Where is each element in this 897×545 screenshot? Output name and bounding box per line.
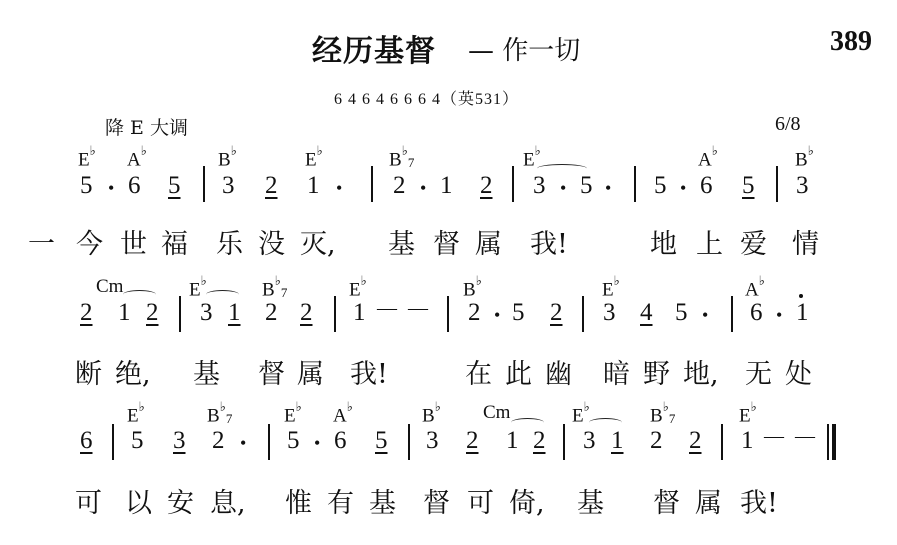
note: 5 (375, 427, 388, 455)
chord-symbol: E♭ (349, 276, 367, 301)
note: 2 (468, 299, 481, 327)
note: 3 (796, 172, 809, 200)
note: 3 (173, 427, 186, 455)
bar-line (203, 166, 205, 202)
note: 1 (741, 427, 754, 455)
bar-line (582, 296, 584, 332)
note: 2 (212, 427, 225, 455)
note: 5 (580, 172, 593, 200)
bar-line (731, 296, 733, 332)
dot: • (605, 178, 611, 199)
chord-symbol: E♭ (127, 402, 145, 427)
note: 3 (603, 299, 616, 327)
note: 1 (228, 299, 241, 327)
note: 1 (353, 299, 366, 327)
chord-symbol: E♭ (602, 276, 620, 301)
chord-symbol: E♭ (572, 402, 590, 427)
dot: • (560, 178, 566, 199)
chord-symbol: E♭ (189, 276, 207, 301)
note: 1 (307, 172, 320, 200)
note: 3 (200, 299, 213, 327)
chord-symbol: E♭ (284, 402, 302, 427)
note: 2 (550, 299, 563, 327)
note: 5 (654, 172, 667, 200)
dot: • (336, 178, 342, 199)
time-signature: 6/8 (775, 113, 801, 136)
bar-line (371, 166, 373, 202)
note: 6 (750, 299, 763, 327)
note: 5 (512, 299, 525, 327)
chord-symbol: B♭7 (650, 402, 675, 427)
chord-symbol: A♭ (333, 402, 353, 427)
note: 5 (742, 172, 755, 200)
chord-symbol: Cm (483, 402, 510, 424)
tie (589, 418, 622, 427)
final-bar-thin (827, 424, 829, 460)
chord-symbol: Cm (96, 276, 123, 298)
note: 4 (640, 299, 653, 327)
meter-line: 6 4 6 4 6 6 6 4（英531） (334, 86, 519, 109)
note: 2 (650, 427, 663, 455)
bar-line (563, 424, 565, 460)
bar-line (268, 424, 270, 460)
dot: • (702, 305, 708, 326)
dot: • (776, 305, 782, 326)
note: 6 (700, 172, 713, 200)
bar-line (408, 424, 410, 460)
chord-symbol: B♭ (218, 146, 237, 171)
dot: • (108, 178, 114, 199)
chord-symbol: B♭7 (207, 402, 232, 427)
note: 2 (300, 299, 313, 327)
note: 2 (393, 172, 406, 200)
bar-line (334, 296, 336, 332)
note: 2 (533, 427, 546, 455)
bar-line (634, 166, 636, 202)
note: 2 (466, 427, 479, 455)
dot: • (314, 433, 320, 454)
dot: • (680, 178, 686, 199)
chord-symbol: B♭ (795, 146, 814, 171)
chord-symbol: B♭7 (262, 276, 287, 301)
dot: • (494, 305, 500, 326)
chord-symbol: E♭ (739, 402, 757, 427)
note: 5 (168, 172, 181, 200)
tie (511, 418, 544, 427)
chord-symbol: A♭ (745, 276, 765, 301)
note: 1 (611, 427, 624, 455)
hymn-title: 经历基督 (312, 26, 436, 70)
chord-symbol: E♭ (78, 146, 96, 171)
dash: — (795, 425, 815, 448)
note: 3 (533, 172, 546, 200)
chord-symbol: A♭ (698, 146, 718, 171)
chord-symbol: B♭ (463, 276, 482, 301)
chord-symbol: A♭ (127, 146, 147, 171)
dash: — (377, 297, 397, 320)
note: 3 (222, 172, 235, 200)
note: 2 (80, 299, 93, 327)
tie (123, 290, 156, 299)
bar-line (112, 424, 114, 460)
dash: — (764, 425, 784, 448)
chord-symbol: B♭ (422, 402, 441, 427)
hymn-number: 389 (830, 26, 872, 58)
note: 3 (426, 427, 439, 455)
note: 6 (334, 427, 347, 455)
tie (206, 290, 239, 299)
note: 2 (146, 299, 159, 327)
octave-dot (799, 294, 803, 298)
bar-line (512, 166, 514, 202)
note: 5 (287, 427, 300, 455)
note: 1 (440, 172, 453, 200)
final-bar-thick (832, 424, 836, 460)
note: 2 (480, 172, 493, 200)
bar-line (447, 296, 449, 332)
bar-line (179, 296, 181, 332)
key-signature: 降 E 大调 (105, 113, 188, 140)
bar-line (776, 166, 778, 202)
hymn-subtitle: — 作一切 (468, 30, 580, 67)
dot: • (420, 178, 426, 199)
note: 2 (265, 299, 278, 327)
note: 1 (118, 299, 131, 327)
note: 3 (583, 427, 596, 455)
chord-symbol: E♭ (305, 146, 323, 171)
note: 6 (128, 172, 141, 200)
dash: — (408, 297, 428, 320)
note: 5 (675, 299, 688, 327)
note: 2 (265, 172, 278, 200)
note: 5 (131, 427, 144, 455)
note: 6 (80, 427, 93, 455)
chord-symbol: B♭7 (389, 146, 414, 171)
note: 2 (689, 427, 702, 455)
note-high: 1 (796, 299, 809, 327)
note: 5 (80, 172, 93, 200)
dot: • (240, 433, 246, 454)
note: 1 (506, 427, 519, 455)
bar-line (721, 424, 723, 460)
